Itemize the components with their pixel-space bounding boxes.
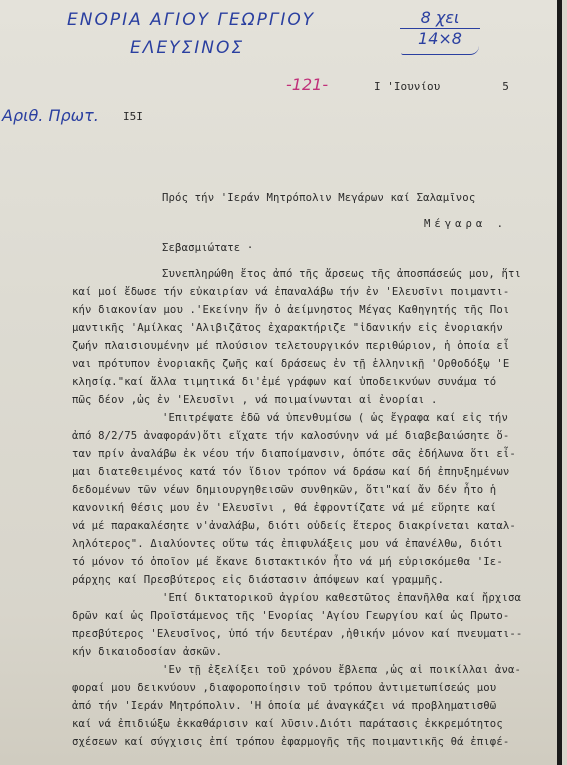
body-line: κήν διακονίαν μου .'Εκείνην ἥν ὁ ἀείμνησ… — [72, 304, 509, 316]
handwritten-parish-name: ΕΝΟΡΙΑ ΑΓΙΟΥ ΓΕΩΡΓΙΟΥ — [67, 10, 315, 30]
body-line: φοραί μου δεικνύουν ,διαφοροποίησιν τοῦ … — [72, 682, 496, 694]
body-line: κλησίᾳ."καί ἄλλα τιμητικά δι'ἐμέ γράφων … — [72, 376, 496, 388]
protocol-number: Ι5Ι — [123, 110, 143, 123]
body-line: ταν πρίν ἀναλάβω ἐκ νέου τήν διαποίμανσι… — [72, 448, 516, 460]
body-line: 'Επιτρέψατε ἐδῶ νά ὑπενθυμίσω ( ὡς ἔγραφ… — [162, 412, 508, 424]
body-line: πρεσβύτερος 'Ελευσῖνος, ὑπό τήν δευτέραν… — [72, 628, 522, 640]
body-line: κήν δικαιοδοσίαν ἀσκῶν. — [72, 646, 222, 658]
body-line: πῶς δέον ,ὡς ἐν 'Ελευσῖνι , νά ποιμαίνων… — [72, 394, 438, 406]
body-line: κανονική θέσις μου ἐν 'Ελευσῖνι , θά ἐφρ… — [72, 502, 496, 514]
date-year-fragment: 5 — [502, 80, 509, 93]
body-line: μαντικῆς 'Αμίλκας 'Αλιβιζᾶτος ἐχαρακτήρι… — [72, 322, 503, 334]
scan-edge — [557, 0, 562, 765]
addressee-city: Μέγαρα . — [424, 218, 507, 230]
date-text: Ι 'Ιουνίου — [374, 80, 440, 93]
page-mark: -121- — [286, 75, 328, 94]
salutation: Σεβασμιώτατε · — [162, 242, 253, 254]
body-line: ναι πρότυπον ἐνοριακῆς ζωῆς καί δράσεως … — [72, 358, 509, 370]
body-line: νά μέ παρακαλέσητε ν'ἀναλάβω, διότι οὐδε… — [72, 520, 516, 532]
body-line: δεδομένων τῶν νέων δημιουργηθεισῶν συνθη… — [72, 484, 496, 496]
archive-note: 8 χει 14×8 — [400, 8, 480, 55]
body-line: καί μοί ἔδωσε τήν εὐκαιρίαν νά ἐπαναλάβω… — [72, 286, 509, 298]
protocol-label: Αριθ. Πρωτ. — [2, 106, 99, 125]
archive-note-top: 8 χει — [400, 8, 480, 29]
body-line: Συνεπληρώθη ἔτος ἀπό τῆς ἄρσεως τῆς ἀποσ… — [162, 268, 521, 280]
body-line: ληλότερος". Διαλύοντες οὕτω τάς ἐπιφυλάξ… — [72, 538, 503, 550]
body-line: μαι διατεθειμένος κατά τόν ἴδιον τρόπον … — [72, 466, 509, 478]
body-line: σχέσεων καί σύγχισις ἐπί τρόπου ἐφαρμογῆ… — [72, 736, 509, 748]
body-line: ἀπό τήν 'Ιεράν Μητρόπολιν. 'Η ὁποία μέ ἀ… — [72, 700, 496, 712]
body-line: ζωήν πλαισιουμένην μέ πλούσιον τελετουργ… — [72, 340, 509, 352]
body-line: 'Εν τῇ ἐξελίξει τοῦ χρόνου ἔβλεπα ,ὡς αἱ… — [162, 664, 521, 676]
body-line: ράρχης καί Πρεσβύτερος εἰς διάστασιν ἀπό… — [72, 574, 444, 586]
body-line: 'Επί δικτατορικοῦ ἀγρίου καθεστῶτος ἐπαν… — [162, 592, 521, 604]
addressee-line: Πρός τήν 'Ιεράν Μητρόπολιν Μεγάρων καί Σ… — [162, 192, 475, 204]
body-line: δρῶν καί ὡς Προϊστάμενος τῆς 'Ενορίας 'Α… — [72, 610, 509, 622]
body-line: καί νά ἐπιδιώξω ἐκκαθάρισιν καί λῦσιν.Δι… — [72, 718, 503, 730]
body-line: τό μόνον τό ὁποῖον μέ ἔκανε διστακτικόν … — [72, 556, 503, 568]
handwritten-parish-location: ΕΛΕΥΣΙΝΟΣ — [130, 38, 244, 58]
letter-date: Ι 'Ιουνίου5 — [374, 80, 509, 93]
body-line: ἀπό 8/2/75 ἀναφοράν)ὅτι εἴχατε τήν καλοσ… — [72, 430, 509, 442]
letter-page: ΕΝΟΡΙΑ ΑΓΙΟΥ ΓΕΩΡΓΙΟΥ ΕΛΕΥΣΙΝΟΣ 8 χει 14… — [0, 0, 562, 765]
